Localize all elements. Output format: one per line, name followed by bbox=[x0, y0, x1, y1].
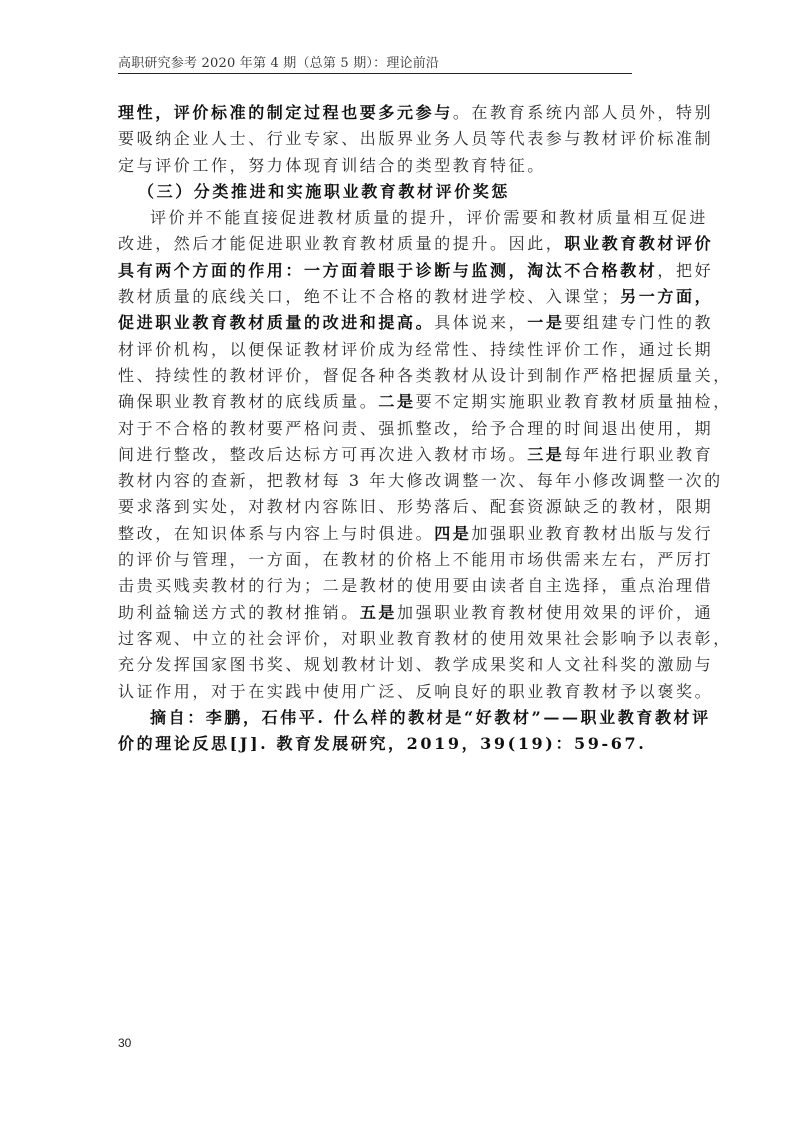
text-line: 评价并不能直接促进教材质量的提升，评价需要和教材质量相互促进 bbox=[118, 205, 644, 231]
text-line: 理性，评价标准的制定过程也要多元参与。在教育系统内部人员外，特别 bbox=[118, 100, 644, 126]
bold-text: 四是 bbox=[434, 524, 471, 543]
text-line: 认证作用，对于在实践中使用广泛、反响良好的职业教育教材予以褒奖。 bbox=[118, 679, 644, 705]
text-line: 教材质量的底线关口，绝不让不合格的教材进学校、入课堂；另一方面， bbox=[118, 284, 644, 310]
text-line: 要求落到实处，对教材内容陈旧、形势落后、配套资源缺乏的教材，限期 bbox=[118, 494, 644, 520]
text-span: 加强职业教育教材使用效果的评价，通 bbox=[397, 603, 713, 622]
text-line: 促进职业教育教材质量的改进和提高。具体说来，一是要组建专门性的教 bbox=[118, 310, 644, 336]
bold-text: 促进职业教育教材质量的改进和提高。 bbox=[118, 313, 434, 332]
section-heading: （三）分类推进和实施职业教育教材评价奖惩 bbox=[118, 179, 644, 205]
article-body: 理性，评价标准的制定过程也要多元参与。在教育系统内部人员外，特别 要吸纳企业人士… bbox=[118, 100, 644, 757]
text-line: 整改，在知识体系与内容上与时俱进。四是加强职业教育教材出版与发行 bbox=[118, 521, 644, 547]
bold-text: 具有两个方面的作用：一方面着眼于诊断与监测，淘汰不合格教材 bbox=[118, 261, 657, 280]
text-line: 确保职业教育教材的底线质量。二是要不定期实施职业教育教材质量抽检， bbox=[118, 389, 644, 415]
text-span: 要不定期实施职业教育教材质量抽检， bbox=[416, 392, 732, 411]
text-span: 确保职业教育教材的底线质量。 bbox=[118, 392, 378, 411]
text-line: 定与评价工作，努力体现育训结合的类型教育特征。 bbox=[118, 153, 644, 179]
text-span: 助利益输送方式的教材推销。 bbox=[118, 603, 360, 622]
text-span: 整改，在知识体系与内容上与时俱进。 bbox=[118, 524, 434, 543]
text-line: 助利益输送方式的教材推销。五是加强职业教育教材使用效果的评价，通 bbox=[118, 600, 644, 626]
text-line: 对于不合格的教材要严格问责、强抓整改，给予合理的时间退出使用，期 bbox=[118, 416, 644, 442]
text-line: 材评价机构，以便保证教材评价成为经常性、持续性评价工作，通过长期 bbox=[118, 337, 644, 363]
text-line: 具有两个方面的作用：一方面着眼于诊断与监测，淘汰不合格教材，把好 bbox=[118, 258, 644, 284]
text-span: 改进，然后才能促进职业教育教材质量的提升。因此， bbox=[118, 234, 564, 253]
text-span: 每年进行职业教育 bbox=[564, 445, 713, 464]
citation-line: 价的理论反思[J]. 教育发展研究，2019，39(19)：59-67. bbox=[118, 731, 644, 757]
text-span: 。在教育系统内部人员外，特别 bbox=[453, 103, 713, 122]
text-span: 具体说来， bbox=[434, 313, 527, 332]
bold-text: 五是 bbox=[360, 603, 397, 622]
bold-text: 二是 bbox=[378, 392, 415, 411]
text-line: 教材内容的查新，把教材每 3 年大修改调整一次、每年小修改调整一次的 bbox=[118, 468, 644, 494]
citation-text: 价的理论反思[J]. 教育发展研究，2019，39(19)：59-67. bbox=[118, 734, 646, 753]
text-line: 的评价与管理，一方面，在教材的价格上不能用市场供需来左右，严厉打 bbox=[118, 547, 644, 573]
text-line: 性、持续性的教材评价，督促各种各类教材从设计到制作严格把握质量关， bbox=[118, 363, 644, 389]
bold-text: 职业教育教材评价 bbox=[564, 234, 713, 253]
text-line: 击贵买贱卖教材的行为；二是教材的使用要由读者自主选择，重点治理借 bbox=[118, 573, 644, 599]
text-line: 改进，然后才能促进职业教育教材质量的提升。因此，职业教育教材评价 bbox=[118, 231, 644, 257]
text-span: 加强职业教育教材出版与发行 bbox=[471, 524, 713, 543]
bold-text: 另一方面， bbox=[620, 287, 713, 306]
bold-text: 理性，评价标准的制定过程也要多元参与 bbox=[118, 103, 453, 122]
running-header: 高职研究参考 2020 年第 4 期（总第 5 期）：理论前沿 bbox=[118, 52, 640, 71]
section-heading-text: （三）分类推进和实施职业教育教材评价奖惩 bbox=[138, 182, 510, 201]
text-line: 间进行整改，整改后达标方可再次进入教材市场。三是每年进行职业教育 bbox=[118, 442, 644, 468]
header-divider bbox=[118, 73, 632, 74]
citation-line: 摘自：李鹏，石伟平. 什么样的教材是“好教材”——职业教育教材评 bbox=[118, 705, 644, 731]
citation-text: 摘自：李鹏，石伟平. 什么样的教材是“好教材”——职业教育教材评 bbox=[150, 708, 711, 727]
text-line: 要吸纳企业人士、行业专家、出版界业务人员等代表参与教材评价标准制 bbox=[118, 126, 644, 152]
text-line: 充分发挥国家图书奖、规划教材计划、教学成果奖和人文社科奖的激励与 bbox=[118, 652, 644, 678]
bold-text: 一是 bbox=[527, 313, 564, 332]
text-line: 过客观、中立的社会评价，对职业教育教材的使用效果社会影响予以表彰， bbox=[118, 626, 644, 652]
text-span: 教材质量的底线关口，绝不让不合格的教材进学校、入课堂； bbox=[118, 287, 620, 306]
text-span: ，把好 bbox=[657, 261, 713, 280]
bold-text: 三是 bbox=[527, 445, 564, 464]
page-number: 30 bbox=[118, 1036, 131, 1050]
text-span: 间进行整改，整改后达标方可再次进入教材市场。 bbox=[118, 445, 527, 464]
text-span: 要组建专门性的教 bbox=[564, 313, 713, 332]
